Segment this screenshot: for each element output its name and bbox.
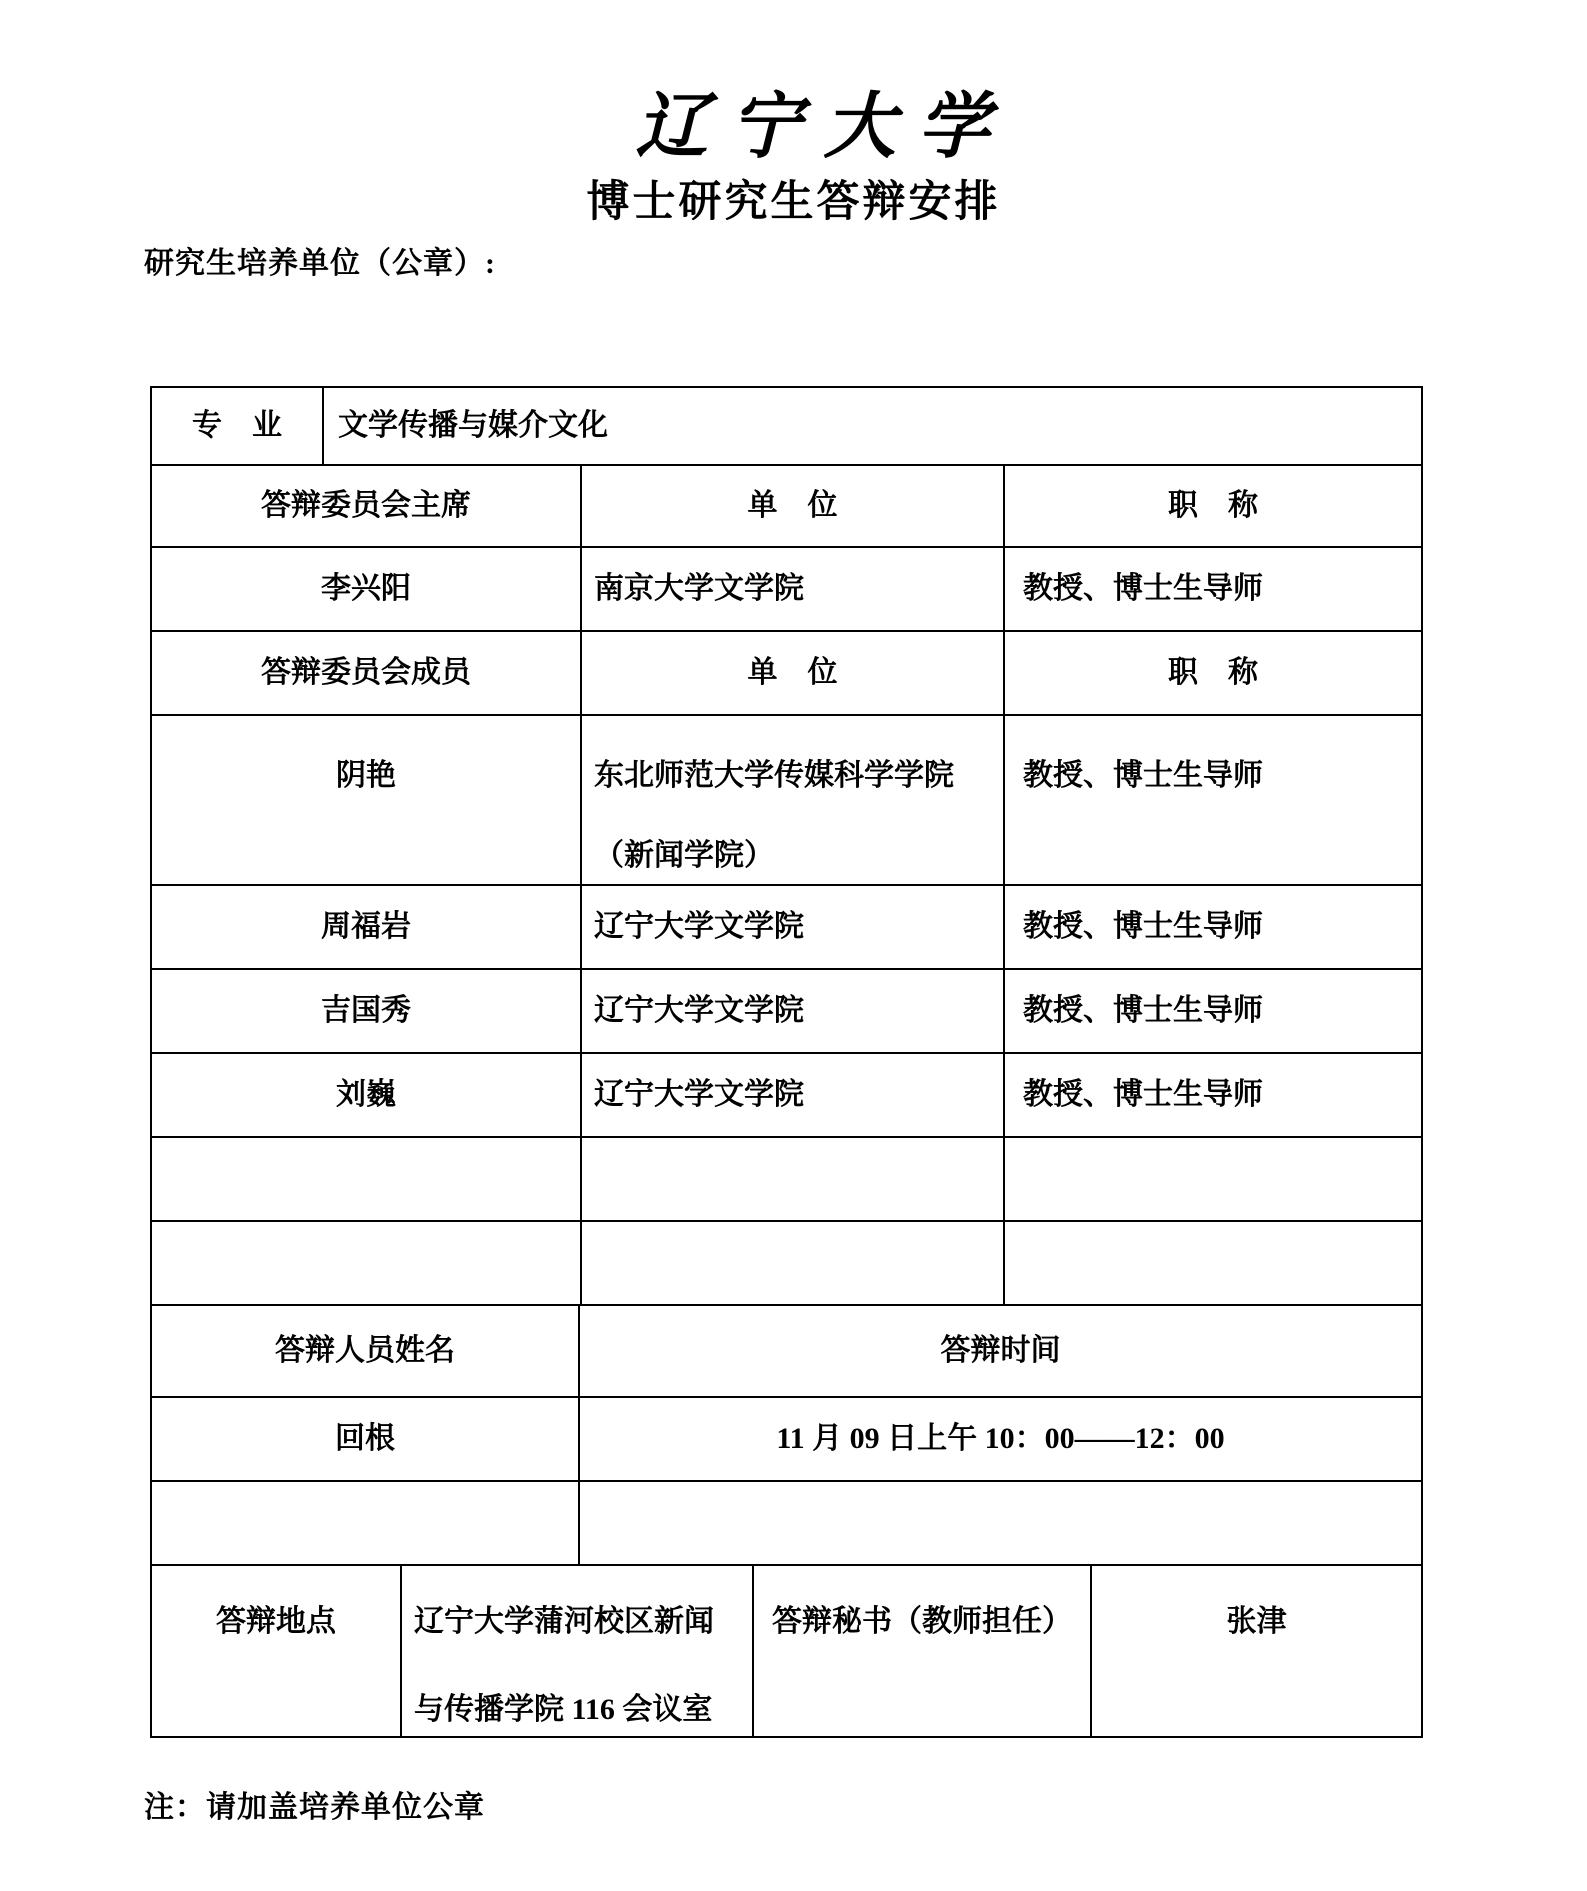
member-row: 刘巍 辽宁大学文学院 教授、博士生导师 (152, 1054, 1421, 1138)
member-title-cell: 教授、博士生导师 (1005, 886, 1421, 968)
member-row: 吉国秀 辽宁大学文学院 教授、博士生导师 (152, 970, 1421, 1054)
chair-header-row: 答辩委员会主席 单 位 职 称 (152, 466, 1421, 548)
member-row: 阴艳 东北师范大学传媒科学学院 （新闻学院） 教授、博士生导师 (152, 716, 1421, 886)
member-header-row: 答辩委员会成员 单 位 职 称 (152, 632, 1421, 716)
member-unit-cell: 东北师范大学传媒科学学院 （新闻学院） (582, 716, 1005, 884)
major-label-cell: 专 业 (152, 388, 324, 464)
member-name-cell (152, 1222, 582, 1304)
venue-label-cell: 答辩地点 (152, 1566, 402, 1736)
venue-value-line2: 与传播学院 116 会议室 (414, 1666, 714, 1736)
member-name-cell (152, 1138, 582, 1220)
member-title-cell: 教授、博士生导师 (1005, 1054, 1421, 1136)
member-unit-line2: （新闻学院） (594, 816, 954, 884)
member-name-cell: 吉国秀 (152, 970, 582, 1052)
candidate-name-cell: 回根 (152, 1398, 580, 1480)
member-row-empty (152, 1138, 1421, 1222)
chair-row: 李兴阳 南京大学文学院 教授、博士生导师 (152, 548, 1421, 632)
chair-name-cell: 李兴阳 (152, 548, 582, 630)
member-unit-cell: 辽宁大学文学院 (582, 1054, 1005, 1136)
member-header-title-cell: 职 称 (1005, 632, 1421, 714)
member-title-cell: 教授、博士生导师 (1005, 716, 1421, 884)
member-header-name-cell: 答辩委员会成员 (152, 632, 582, 714)
member-unit-cell (582, 1222, 1005, 1304)
secretary-label-cell: 答辩秘书（教师担任） (754, 1566, 1092, 1736)
candidate-row: 回根 11 月 09 日上午 10：00——12：00 (152, 1398, 1421, 1482)
member-header-unit-cell: 单 位 (582, 632, 1005, 714)
candidate-header-name-cell: 答辩人员姓名 (152, 1306, 580, 1396)
document-page: 辽宁大学 博士研究生答辩安排 研究生培养单位（公章）: 专 业 文学传播与媒介文… (0, 0, 1587, 1891)
major-value-cell: 文学传播与媒介文化 (324, 388, 1421, 464)
secretary-value-cell: 张津 (1092, 1566, 1421, 1736)
member-title-cell: 教授、博士生导师 (1005, 970, 1421, 1052)
venue-value-cell: 辽宁大学蒲河校区新闻 与传播学院 116 会议室 (402, 1566, 754, 1736)
member-name-cell: 阴艳 (152, 716, 582, 884)
member-unit-cell: 辽宁大学文学院 (582, 970, 1005, 1052)
member-unit-cell: 辽宁大学文学院 (582, 886, 1005, 968)
chair-header-unit-cell: 单 位 (582, 466, 1005, 546)
note-text: 注：请加盖培养单位公章 (144, 1782, 485, 1826)
member-row: 周福岩 辽宁大学文学院 教授、博士生导师 (152, 886, 1421, 970)
chair-header-title-cell: 职 称 (1005, 466, 1421, 546)
member-unit-line1: 东北师范大学传媒科学学院 (594, 736, 954, 816)
chair-unit-cell: 南京大学文学院 (582, 548, 1005, 630)
chair-title-cell: 教授、博士生导师 (1005, 548, 1421, 630)
candidate-time-cell (580, 1482, 1421, 1564)
venue-row: 答辩地点 辽宁大学蒲河校区新闻 与传播学院 116 会议室 答辩秘书（教师担任）… (152, 1566, 1421, 1736)
venue-value-line1: 辽宁大学蒲河校区新闻 (414, 1578, 714, 1666)
member-title-cell (1005, 1222, 1421, 1304)
candidate-header-time-cell: 答辩时间 (580, 1306, 1421, 1396)
candidate-name-cell (152, 1482, 580, 1564)
chair-header-name-cell: 答辩委员会主席 (152, 466, 582, 546)
candidate-header-row: 答辩人员姓名 答辩时间 (152, 1306, 1421, 1398)
candidate-time-cell: 11 月 09 日上午 10：00——12：00 (580, 1398, 1421, 1480)
member-unit-cell (582, 1138, 1005, 1220)
training-unit-label: 研究生培养单位（公章）: (144, 238, 496, 282)
candidate-row-empty (152, 1482, 1421, 1566)
major-row: 专 业 文学传播与媒介文化 (152, 388, 1421, 466)
member-name-cell: 刘巍 (152, 1054, 582, 1136)
member-title-cell (1005, 1138, 1421, 1220)
university-title: 辽宁大学 (0, 68, 1587, 172)
member-row-empty (152, 1222, 1421, 1306)
member-name-cell: 周福岩 (152, 886, 582, 968)
form-title: 博士研究生答辩安排 (0, 168, 1587, 229)
defense-arrangement-table: 专 业 文学传播与媒介文化 答辩委员会主席 单 位 职 称 李兴阳 南京大学文学… (150, 386, 1423, 1738)
